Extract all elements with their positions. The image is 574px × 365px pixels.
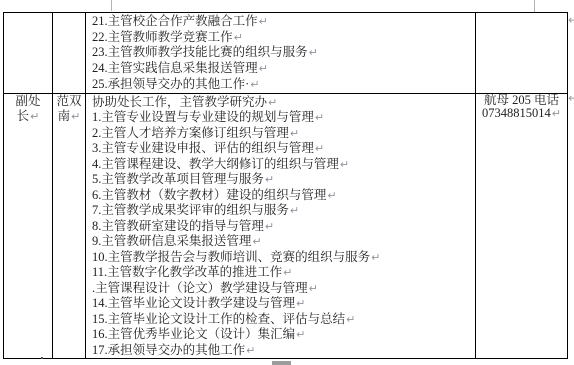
line-break-mark: ↵ [265, 173, 274, 186]
text-line: 21.主管校企合作产教融合工作↵ [92, 14, 471, 30]
line-break-mark: ↵ [309, 282, 318, 295]
page-break-handle [272, 361, 291, 365]
line-break-mark: ↵ [315, 142, 324, 155]
text-line: 航母 205 电话 [476, 94, 567, 108]
duties-table: 21.主管校企合作产教融合工作↵22.主管教师教学竞赛工作↵23.主管教师教学技… [3, 12, 568, 359]
text-line: 3.主管专业建设申报、评估的组织与管理↵ [92, 141, 471, 157]
line-break-mark: ↵ [296, 328, 305, 341]
name-cell[interactable]: 范双南↵ [53, 93, 86, 359]
text-line: 8.主管教研室建设的指导与管理↵ [92, 219, 471, 235]
line-break-mark: ↵ [371, 251, 380, 264]
text-line: 24.主管实践信息采集报送管理↵ [92, 61, 471, 77]
text-line: 5.主管教学改革项目管理与服务↵ [92, 172, 471, 188]
name-label: 范双南↵ [55, 94, 83, 125]
row-end-mark: ↵ [568, 13, 574, 27]
ruler-tick-right [534, 0, 535, 12]
line-break-mark: ↵ [265, 220, 274, 233]
contact-cell[interactable]: 航母 205 电话07348815014↵ [476, 93, 568, 359]
ruler-tick-left [111, 0, 112, 11]
line-break-mark: ↵ [315, 111, 324, 124]
line-break-mark: ↵ [327, 189, 336, 202]
text-line: 协助处长工作，主管教学研究办↵ [92, 95, 471, 111]
text-line: 11.主管数字化教学改革的推进工作↵ [92, 265, 471, 281]
line-break-mark: ↵ [346, 313, 355, 326]
text-line: 1.主管专业设置与专业建设的规划与管理↵ [92, 110, 471, 126]
duties-list: 协助处长工作，主管教学研究办↵1.主管专业设置与专业建设的规划与管理↵2.主管人… [86, 94, 475, 359]
text-line: 15.主管毕业论文设计工作的检查、评估与总结↵ [92, 312, 471, 328]
name-cell-empty[interactable] [53, 13, 86, 94]
text-line: 17.承担领导交办的其他工作↵ [92, 343, 471, 359]
line-break-mark: ↵ [552, 107, 561, 120]
line-break-mark: ↵ [71, 110, 80, 123]
text-line: 6.主管教材（数字教材）建设的组织与管理↵ [92, 188, 471, 204]
text-line: .主管课程设计（论文）教学建设与管理↵ [92, 281, 471, 297]
line-break-mark: ↵ [250, 78, 259, 91]
contact-info: 航母 205 电话07348815014↵ [476, 94, 567, 121]
line-break-mark: ↵ [259, 15, 268, 28]
table-row: 21.主管校企合作产教融合工作↵22.主管教师教学竞赛工作↵23.主管教师教学技… [4, 13, 568, 94]
text-line: 23.主管教师教学技能比赛的组织与服务↵ [92, 45, 471, 61]
position-cell[interactable]: 副处长↵ [4, 93, 53, 359]
line-break-mark: ↵ [340, 158, 349, 171]
document-page[interactable]: 21.主管校企合作产教融合工作↵22.主管教师教学竞赛工作↵23.主管教师教学技… [0, 0, 574, 365]
line-break-mark: ↵ [30, 110, 39, 123]
contact-cell-empty[interactable] [476, 13, 568, 94]
text-line: 7.主管教学成果奖评审的组织与服务↵ [92, 203, 471, 219]
text-line: 07348815014↵ [476, 107, 567, 121]
line-break-mark: ↵ [268, 96, 277, 109]
text-line: 22.主管教师教学竞赛工作↵ [92, 30, 471, 46]
line-break-mark: ↵ [252, 235, 261, 248]
text-line: 25.承担领导交办的其他工作·↵ [92, 77, 471, 93]
stray-dot [41, 357, 43, 359]
position-cell-empty[interactable] [4, 13, 53, 94]
line-break-mark: ↵ [283, 266, 292, 279]
text-line: 16.主管优秀毕业论文（设计）集汇编↵ [92, 327, 471, 343]
line-break-mark: ↵ [290, 127, 299, 140]
table-row: 副处长↵ 范双南↵ 协助处长工作，主管教学研究办↵1.主管专业设置与专业建设的规… [4, 93, 568, 359]
text-line: 2.主管人才培养方案修订组织与管理↵ [92, 126, 471, 142]
line-break-mark: ↵ [234, 31, 243, 44]
duties-list: 21.主管校企合作产教融合工作↵22.主管教师教学竞赛工作↵23.主管教师教学技… [86, 13, 475, 93]
text-line: 10.主管教学报告会与教师培训、竞赛的组织与服务↵ [92, 250, 471, 266]
text-line: 9.主管教研信息采集报送管理↵ [92, 234, 471, 250]
duties-cell[interactable]: 21.主管校企合作产教融合工作↵22.主管教师教学竞赛工作↵23.主管教师教学技… [86, 13, 476, 94]
text-line: 4.主管课程建设、教学大纲修订的组织与管理↵ [92, 157, 471, 173]
line-break-mark: ↵ [296, 297, 305, 310]
duties-cell[interactable]: 协助处长工作，主管教学研究办↵1.主管专业设置与专业建设的规划与管理↵2.主管人… [86, 93, 476, 359]
row-end-mark: ↵ [568, 91, 574, 105]
text-line: 14.主管毕业论文设计教学建设与管理↵ [92, 296, 471, 312]
position-label: 副处长↵ [14, 94, 42, 125]
line-break-mark: ↵ [309, 46, 318, 59]
line-break-mark: ↵ [290, 204, 299, 217]
line-break-mark: ↵ [246, 344, 255, 357]
line-break-mark: ↵ [259, 62, 268, 75]
